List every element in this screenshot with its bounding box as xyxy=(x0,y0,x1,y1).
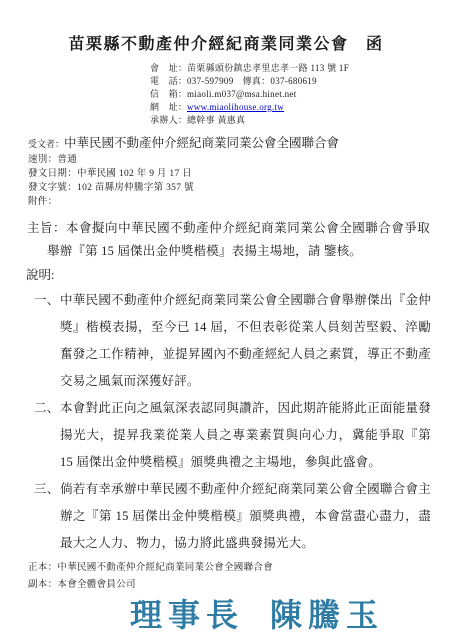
explanation-item-1: 一、 中華民國不動產仲介經紀商業同業公會全國聯合會舉辦傑出『金仲獎』楷模表揚，至… xyxy=(34,287,431,395)
item-3-marker: 三、 xyxy=(34,476,60,557)
meta-block: 受文者：中華民國不動產仲介經紀商業同業公會全國聯合會 速別：普通 發文日期：中華… xyxy=(28,135,452,209)
recipient-value: 中華民國不動產仲介經紀商業同業公會全國聯合會 xyxy=(64,136,339,150)
attachment-row: 附件： xyxy=(28,195,452,209)
item-1-text: 中華民國不動產仲介經紀商業同業公會全國聯合會舉辦傑出『金仲獎』楷模表揚，至今已 … xyxy=(60,287,431,395)
contact-website-row: 網 址： www.miaolihouse.org.tw xyxy=(150,101,452,114)
recipient-row: 受文者：中華民國不動產仲介經紀商業同業公會全國聯合會 xyxy=(28,135,452,153)
website-label: 網 址： xyxy=(150,101,187,114)
distribution-block: 正本：中華民國不動產仲介經紀商業同業公會全國聯合會 副本：本會全體會員公司 xyxy=(28,560,452,593)
original-copy-row: 正本：中華民國不動產仲介經紀商業同業公會全國聯合會 xyxy=(28,560,452,577)
email-value: miaoli.m037@msa.hinet.net xyxy=(187,88,297,101)
contact-phone-row: 電 話： 037-597909 傳真： 037-680619 xyxy=(150,75,452,88)
explanation-item-3: 三、 倘若有幸承辦中華民國不動產仲介經紀商業同業公會全國聯合會主辦之『第 15 … xyxy=(34,476,431,557)
doc-number-value: 102 苗縣房仲騰字第 357 號 xyxy=(77,183,194,193)
priority-label: 速別： xyxy=(28,155,57,165)
item-2-text: 本會對此正向之風氣深表認同與讚許，因此期許能將此正面能量發揚光大，提昇我業從業人… xyxy=(60,395,431,476)
website-link[interactable]: www.miaolihouse.org.tw xyxy=(187,101,284,114)
doc-number-label: 發文字號： xyxy=(28,183,77,193)
carbon-copy-row: 副本：本會全體會員公司 xyxy=(28,577,452,594)
contact-address-row: 會 址： 苗栗縣頭份鎮忠孝里忠孝一路 113 號 1F xyxy=(150,62,452,75)
subject-label: 主旨： xyxy=(27,221,66,235)
signature-title: 理事長 xyxy=(130,597,244,633)
attachment-label: 附件： xyxy=(28,197,57,207)
signature-name: 陳騰玉 xyxy=(270,597,384,633)
contact-email-row: 信 箱： miaoli.m037@msa.hinet.net xyxy=(150,88,452,101)
carbon-copy-label: 副本： xyxy=(28,580,57,590)
handler-label: 承辦人： xyxy=(150,114,187,127)
explanation-label: 說明: xyxy=(26,265,452,285)
contact-block: 會 址： 苗栗縣頭份鎮忠孝里忠孝一路 113 號 1F 電 話： 037-597… xyxy=(150,62,452,127)
issue-date-row: 發文日期：中華民國 102 年 9 月 17 日 xyxy=(28,167,452,181)
contact-handler-row: 承辦人： 總幹事 黃惠真 xyxy=(150,114,452,127)
item-3-text: 倘若有幸承辦中華民國不動產仲介經紀商業同業公會全國聯合會主辦之『第 15 屆傑出… xyxy=(60,476,431,557)
address-value: 苗栗縣頭份鎮忠孝里忠孝一路 113 號 1F xyxy=(187,62,349,75)
priority-row: 速別：普通 xyxy=(28,153,452,167)
doc-number-row: 發文字號：102 苗縣房仲騰字第 357 號 xyxy=(28,181,452,195)
handler-value: 總幹事 黃惠真 xyxy=(187,114,245,127)
item-1-marker: 一、 xyxy=(34,287,60,395)
email-label: 信 箱： xyxy=(150,88,187,101)
explanation-list: 一、 中華民國不動產仲介經紀商業同業公會全國聯合會舉辦傑出『金仲獎』楷模表揚，至… xyxy=(34,287,431,557)
original-copy-value: 中華民國不動產仲介經紀商業同業公會全國聯合會 xyxy=(57,563,273,573)
explanation-item-2: 二、 本會對此正向之風氣深表認同與讚許，因此期許能將此正面能量發揚光大，提昇我業… xyxy=(34,395,431,476)
issue-date-label: 發文日期： xyxy=(28,169,77,179)
official-letter-page: 苗栗縣不動產仲介經紀商業同業公會 函 會 址： 苗栗縣頭份鎮忠孝里忠孝一路 11… xyxy=(0,0,452,640)
fax-value: 037-680619 xyxy=(270,75,317,88)
phone-value: 037-597909 xyxy=(187,75,234,88)
issue-date-value: 中華民國 102 年 9 月 17 日 xyxy=(77,169,192,179)
letter-title: 苗栗縣不動產仲介經紀商業同業公會 函 xyxy=(0,34,452,56)
subject-paragraph: 主旨：本會擬向中華民國不動產仲介經紀商業同業公會全國聯合會爭取舉辦『第 15 屆… xyxy=(27,217,430,263)
signature-line: 理事長陳騰玉 xyxy=(0,594,452,636)
recipient-label: 受文者： xyxy=(28,139,64,149)
address-label: 會 址： xyxy=(150,62,187,75)
carbon-copy-value: 本會全體會員公司 xyxy=(57,580,135,590)
phone-label: 電 話： xyxy=(150,75,187,88)
item-2-marker: 二、 xyxy=(34,395,60,476)
fax-label: 傳真： xyxy=(243,75,271,88)
priority-value: 普通 xyxy=(57,155,77,165)
subject-text: 本會擬向中華民國不動產仲介經紀商業同業公會全國聯合會爭取舉辦『第 15 屆傑出金… xyxy=(47,221,430,258)
original-copy-label: 正本： xyxy=(28,563,57,573)
